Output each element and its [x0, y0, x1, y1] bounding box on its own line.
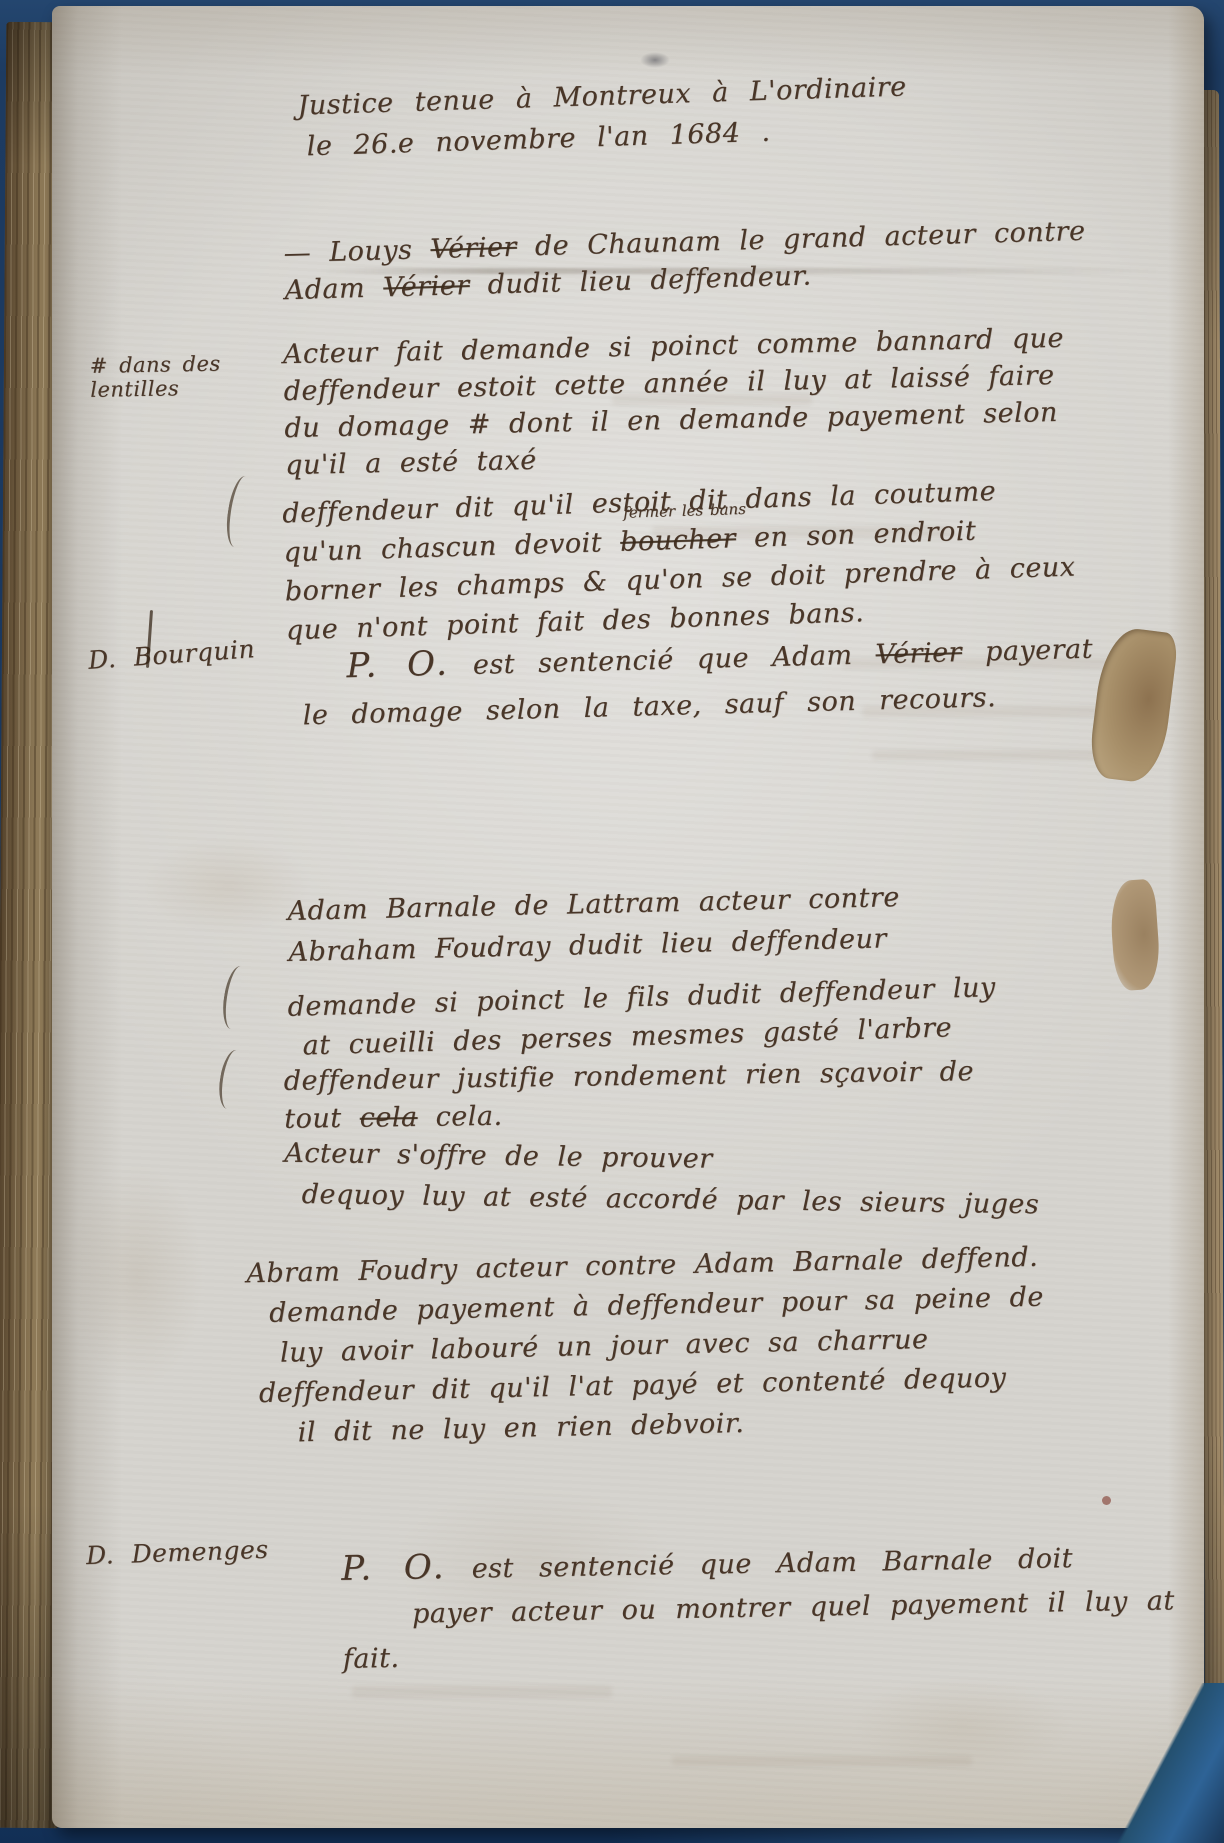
line-segment: en son endroit: [735, 516, 976, 555]
case2-response: deffendeur justifie rondement rien sçavo…: [284, 1053, 975, 1139]
line-segment: cela.: [417, 1101, 502, 1133]
paper-stain: [72, 1166, 202, 1386]
corrected-word: fermer les bansboucher: [620, 519, 737, 562]
case1-sentence: P. O. est sentencié que Adam Vérier paye…: [301, 624, 1095, 740]
paper-stain: [142, 836, 312, 936]
struck-word: Vérier: [430, 232, 517, 265]
struck-word: Vérier: [383, 270, 470, 303]
manuscript-page: Justice tenue à Montreux à L'ordinaire l…: [52, 6, 1204, 1828]
ink-show-through: [352, 1686, 612, 1698]
margin-note-lentils: # dans des lentilles: [90, 350, 306, 402]
manuscript-photo: Justice tenue à Montreux à L'ordinaire l…: [0, 0, 1224, 1843]
struck-word: cela: [360, 1102, 418, 1134]
line-segment: tout: [284, 1103, 360, 1135]
line-segment: Adam: [284, 272, 383, 306]
paragraph-flourish: [223, 474, 263, 550]
ink-show-through: [672, 1756, 972, 1766]
line-segment: dudit lieu deffendeur.: [469, 260, 812, 301]
paragraph-flourish: [219, 964, 258, 1032]
po-initials: P. O.: [346, 643, 450, 686]
page-corner-gap: [1094, 1683, 1224, 1843]
case2-parties: Adam Barnale de Lattram acteur contre Ab…: [287, 877, 901, 973]
margin-judge-bourquin: D. Bourquin: [87, 630, 256, 680]
case3-sentence: P. O. est sentencié que Adam Barnale doi…: [299, 1532, 1176, 1682]
margin-judge-demenges: D. Demenges: [85, 1531, 269, 1575]
red-speck: [1102, 1496, 1111, 1505]
po-initials: P. O.: [341, 1547, 447, 1589]
interlinear-note: fermer les bans: [623, 502, 746, 521]
case3-body: Abram Foudry acteur contre Adam Barnale …: [246, 1238, 1047, 1455]
record-heading: Justice tenue à Montreux à L'ordinaire l…: [297, 66, 909, 167]
line-segment: payerat: [962, 634, 1094, 668]
case1-demande: Acteur fait demande si poinct comme bann…: [283, 320, 1067, 484]
struck-word: Vérier: [875, 637, 962, 670]
case2-offre: Acteur s'offre de le prouver dequoy luy …: [283, 1133, 1040, 1226]
struck-word: boucher: [620, 523, 737, 558]
case1-response: deffendeur dit qu'il estoit dit dans la …: [282, 470, 1077, 651]
case1-parties: — Louys Vérier de Chaunam le grand acteu…: [283, 213, 1087, 309]
case2-demande: demande si poinct le fils dudit deffende…: [287, 968, 997, 1066]
ink-blot: [640, 52, 670, 68]
line-segment: qu'un chascun devoit: [283, 527, 621, 569]
line-segment: est sentencié que Adam: [449, 639, 876, 681]
line-segment: — Louys: [283, 234, 431, 269]
line-segment: est sentencié que Adam Barnale doit: [446, 1543, 1073, 1585]
paper-stain: [852, 1676, 1072, 1776]
paragraph-flourish: [215, 1048, 253, 1112]
